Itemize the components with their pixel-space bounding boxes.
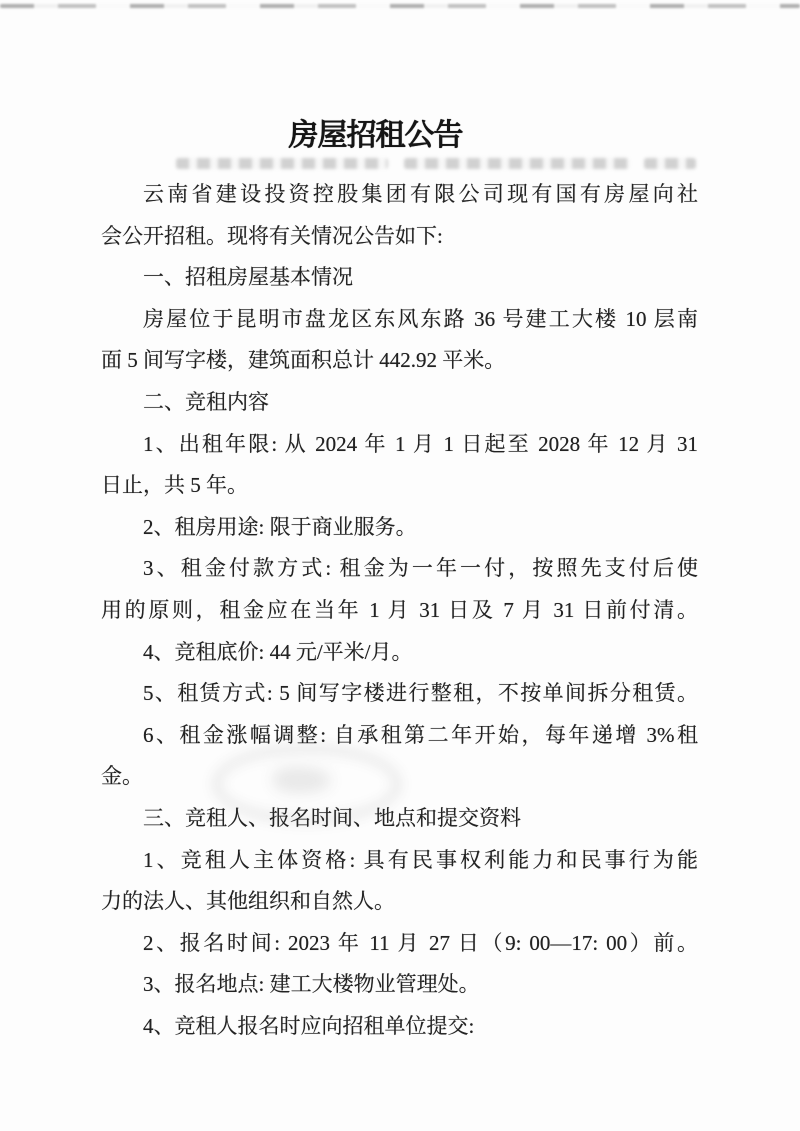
doc-line-increase-1: 6、租金涨幅调整: 自承租第二年开始，每年递增 3%租: [101, 715, 698, 757]
doc-heading-section-3: 三、竞租人、报名时间、地点和提交资料: [101, 798, 698, 840]
doc-line-intro-2: 会公开招租。现将有关情况公告如下:: [101, 216, 698, 258]
doc-line-intro-1: 云南省建设投资控股集团有限公司现有国有房屋向社: [101, 174, 698, 216]
doc-line-location-1: 房屋位于昆明市盘龙区东风东路 36 号建工大楼 10 层南: [101, 299, 698, 341]
doc-line-payment-1: 3、租金付款方式: 租金为一年一付，按照先支付后使: [101, 548, 698, 590]
doc-line-payment-2: 用的原则，租金应在当年 1 月 31 日及 7 月 31 日前付清。: [101, 590, 698, 632]
doc-line-eligibility-2: 力的法人、其他组织和自然人。: [101, 881, 698, 923]
doc-heading-section-1: 一、招租房屋基本情况: [101, 257, 698, 299]
scan-artifact-top-edge: [0, 4, 800, 8]
doc-line-usage: 2、租房用途: 限于商业服务。: [101, 507, 698, 549]
document-body: 云南省建设投资控股集团有限公司现有国有房屋向社 会公开招租。现将有关情况公告如下…: [101, 174, 698, 1047]
bleedthrough-segment: [644, 158, 696, 169]
page-title: 房屋招租公告: [77, 110, 674, 154]
doc-line-signup-time: 2、报名时间: 2023 年 11 月 27 日（9: 00—17: 00）前。: [101, 923, 698, 965]
doc-line-base-price: 4、竞租底价: 44 元/平米/月。: [101, 632, 698, 674]
doc-line-term-2: 日止，共 5 年。: [101, 465, 698, 507]
doc-line-submit-intro: 4、竞租人报名时应向招租单位提交:: [101, 1006, 698, 1048]
bleedthrough-text-artifact: [0, 156, 800, 172]
doc-line-lease-mode: 5、租赁方式: 5 间写字楼进行整租，不按单间拆分租赁。: [101, 673, 698, 715]
scanned-document-page: 房屋招租公告 云南省建设投资控股集团有限公司现有国有房屋向社 会公开招租。现将有…: [0, 0, 800, 1131]
doc-line-increase-2: 金。: [101, 756, 698, 798]
doc-line-signup-place: 3、报名地点: 建工大楼物业管理处。: [101, 964, 698, 1006]
bleedthrough-segment: [176, 158, 388, 169]
doc-line-eligibility-1: 1、竞租人主体资格: 具有民事权利能力和民事行为能: [101, 840, 698, 882]
doc-line-location-2: 面 5 间写字楼，建筑面积总计 442.92 平米。: [101, 340, 698, 382]
doc-heading-section-2: 二、竞租内容: [101, 382, 698, 424]
bleedthrough-segment: [404, 158, 630, 169]
doc-line-term-1: 1、出租年限: 从 2024 年 1 月 1 日起至 2028 年 12 月 3…: [101, 424, 698, 466]
